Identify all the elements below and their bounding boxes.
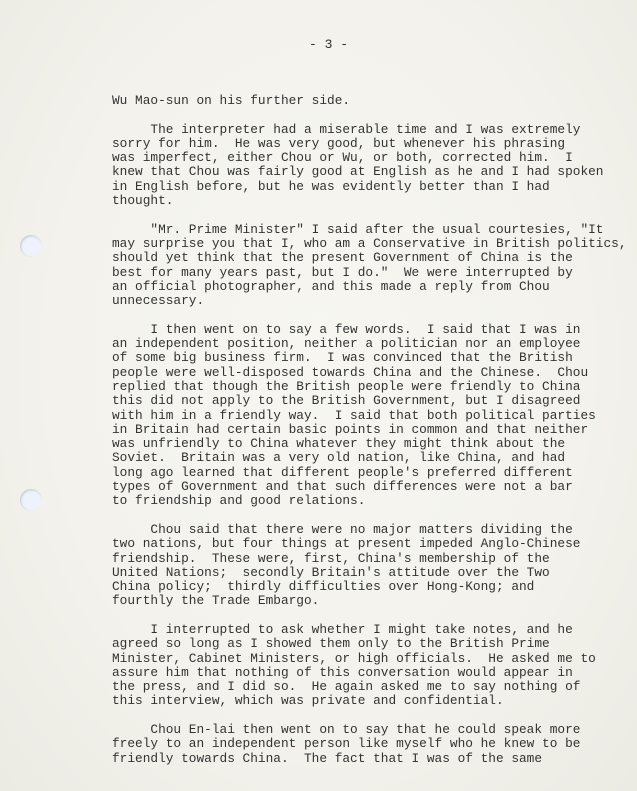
text-line: Soviet. Britain was a very old nation, l… [112,451,637,465]
text-line: long ago learned that different people's… [112,466,637,480]
text-line: "Mr. Prime Minister" I said after the us… [112,223,637,237]
text-line: Wu Mao-sun on his further side. [112,94,637,108]
document-page: - 3 - Wu Mao-sun on his further side. Th… [0,0,637,791]
text-line: an official photographer, and this made … [112,280,637,294]
text-line: in Britain had certain basic points in c… [112,423,637,437]
text-line: Chou said that there were no major matte… [112,523,637,537]
text-line: sorry for him. He was very good, but whe… [112,137,637,151]
paragraph: Chou said that there were no major matte… [112,523,637,609]
paragraph: Chou En-lai then went on to say that he … [112,723,637,766]
punch-hole-bottom [20,489,42,511]
text-line: should yet think that the present Govern… [112,251,637,265]
text-line: best for many years past, but I do." We … [112,266,637,280]
text-line: was imperfect, either Chou or Wu, or bot… [112,151,637,165]
text-line: Chou En-lai then went on to say that he … [112,723,637,737]
text-line: knew that Chou was fairly good at Englis… [112,165,637,179]
text-line: in English before, but he was evidently … [112,180,637,194]
page-number: - 3 - [0,37,637,52]
paragraph: The interpreter had a miserable time and… [112,123,637,209]
text-line: of some big business firm. I was convinc… [112,351,637,365]
text-line: this interview, which was private and co… [112,694,637,708]
text-line: I interrupted to ask whether I might tak… [112,623,637,637]
text-line: freely to an independent person like mys… [112,737,637,751]
text-line: friendly towards China. The fact that I … [112,752,637,766]
text-line: China policy; thirdly difficulties over … [112,580,637,594]
text-line: this did not apply to the British Govern… [112,394,637,408]
text-line: with him in a friendly way. I said that … [112,409,637,423]
text-line: agreed so long as I showed them only to … [112,637,637,651]
punch-hole-top [20,235,42,257]
text-line: friendship. These were, first, China's m… [112,552,637,566]
paragraph: "Mr. Prime Minister" I said after the us… [112,223,637,309]
text-line: two nations, but four things at present … [112,537,637,551]
paragraph: I then went on to say a few words. I sai… [112,323,637,509]
text-line: may surprise you that I, who am a Conser… [112,237,637,251]
text-line: replied that though the British people w… [112,380,637,394]
text-line: I then went on to say a few words. I sai… [112,323,637,337]
text-line: assure him that nothing of this conversa… [112,666,637,680]
text-line: fourthly the Trade Embargo. [112,594,637,608]
text-line: to friendship and good relations. [112,494,637,508]
text-line: Minister, Cabinet Ministers, or high off… [112,652,637,666]
text-line: was unfriendly to China whatever they mi… [112,437,637,451]
text-line: thought. [112,194,637,208]
text-line: unnecessary. [112,294,637,308]
text-line: an independent position, neither a polit… [112,337,637,351]
text-line: The interpreter had a miserable time and… [112,123,637,137]
text-line: United Nations; secondly Britain's attit… [112,566,637,580]
typed-body-text: Wu Mao-sun on his further side. The inte… [112,94,637,780]
text-line: the press, and I did so. He again asked … [112,680,637,694]
paragraph: I interrupted to ask whether I might tak… [112,623,637,709]
text-line: people were well-disposed towards China … [112,366,637,380]
paragraph: Wu Mao-sun on his further side. [112,94,637,108]
text-line: types of Government and that such differ… [112,480,637,494]
